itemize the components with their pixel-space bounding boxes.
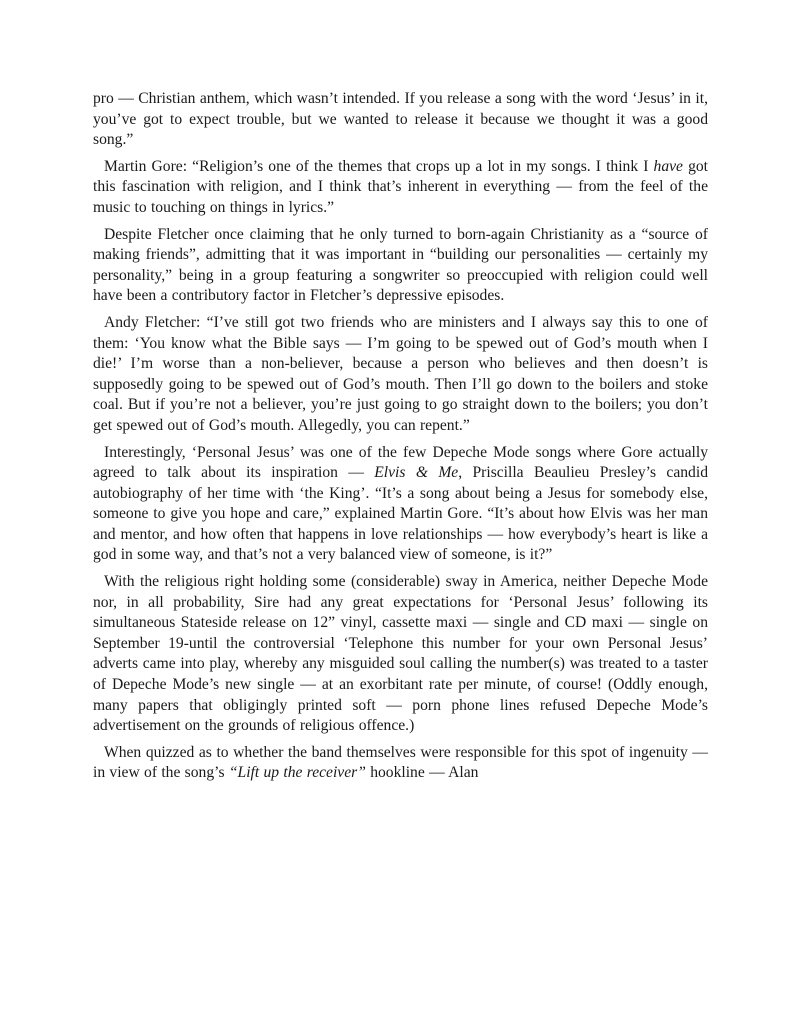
- text-run: Andy Fletcher: “I’ve still got two frien…: [93, 314, 708, 434]
- paragraph-4: Andy Fletcher: “I’ve still got two frien…: [93, 313, 708, 437]
- paragraph-3: Despite Fletcher once claiming that he o…: [93, 225, 708, 307]
- paragraph-1: pro — Christian anthem, which wasn’t int…: [93, 89, 708, 151]
- text-run: pro — Christian anthem, which wasn’t int…: [93, 90, 708, 148]
- paragraph-5: Interestingly, ‘Personal Jesus’ was one …: [93, 443, 708, 567]
- italic-run: “Lift up the receiver”: [229, 764, 366, 781]
- text-run: hookline — Alan: [366, 764, 479, 781]
- paragraph-7: When quizzed as to whether the band them…: [93, 743, 708, 784]
- text-run: Martin Gore: “Religion’s one of the them…: [104, 158, 654, 175]
- paragraph-2: Martin Gore: “Religion’s one of the them…: [93, 157, 708, 219]
- paragraph-6: With the religious right holding some (c…: [93, 572, 708, 737]
- italic-run: Elvis & Me: [374, 464, 458, 481]
- italic-run: have: [654, 158, 683, 175]
- text-run: With the religious right holding some (c…: [93, 573, 708, 734]
- book-page: pro — Christian anthem, which wasn’t int…: [0, 0, 800, 1035]
- page-text: pro — Christian anthem, which wasn’t int…: [93, 89, 708, 784]
- text-run: Despite Fletcher once claiming that he o…: [93, 226, 708, 305]
